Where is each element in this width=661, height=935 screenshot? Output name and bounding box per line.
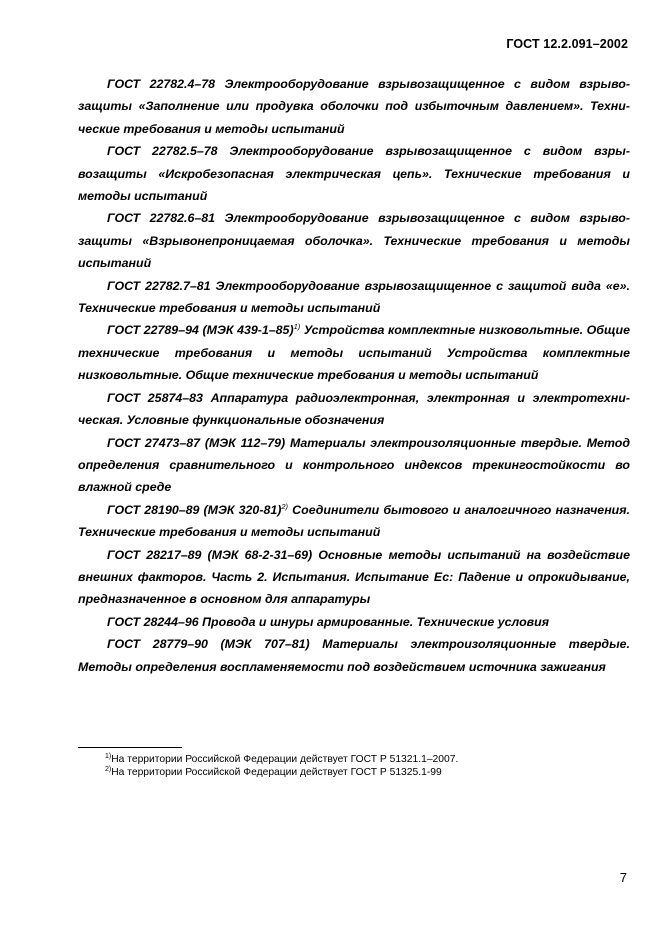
reference-item: ГОСТ 25874–83 Аппаратура радиоэлектронна… <box>78 387 630 432</box>
reference-code: ГОСТ 28779–90 (МЭК 707–81) <box>107 637 310 651</box>
reference-item: ГОСТ 28217–89 (МЭК 68-2-31–69) Основные … <box>78 544 630 611</box>
reference-code: ГОСТ 22782.6–81 <box>107 211 215 225</box>
reference-item: ГОСТ 22782.4–78 Электрооборудование взры… <box>78 73 630 140</box>
reference-code: ГОСТ 28190–89 (МЭК 320-81) <box>107 503 281 517</box>
footnote-separator <box>78 747 182 748</box>
footnote-item: 1)На территории Российской Федерации дей… <box>105 753 458 766</box>
reference-item: ГОСТ 22782.6–81 Электрооборудование взры… <box>78 207 630 274</box>
reference-code: ГОСТ 28217–89 (МЭК 68-2-31–69) <box>107 548 312 562</box>
reference-item: ГОСТ 22789–94 (МЭК 439-1–85)1) Устройств… <box>78 319 630 386</box>
reference-code: ГОСТ 27473–87 (МЭК 112–79) <box>107 436 285 450</box>
reference-item: ГОСТ 28779–90 (МЭК 707–81) Материалы эле… <box>78 633 630 678</box>
footnote-item: 2)На территории Российской Федерации дей… <box>105 766 458 779</box>
reference-item: ГОСТ 22782.7–81 Электрооборудование взры… <box>78 275 630 320</box>
reference-code: ГОСТ 22782.7–81 <box>107 279 211 293</box>
reference-code: ГОСТ 25874–83 <box>107 391 203 405</box>
footnote-text: На территории Российской Федерации дейст… <box>111 767 441 778</box>
footnotes: 1)На территории Российской Федерации дей… <box>105 753 458 779</box>
reference-item: ГОСТ 28190–89 (МЭК 320-81)2) Соединители… <box>78 499 630 544</box>
reference-item: ГОСТ 27473–87 (МЭК 112–79) Материалы эле… <box>78 432 630 499</box>
reference-title: Провода и шнуры армированные. Технически… <box>199 615 549 629</box>
reference-code: ГОСТ 22782.4–78 <box>107 77 215 91</box>
footnote-text: На территории Российской Федерации дейст… <box>111 754 458 765</box>
reference-code: ГОСТ 22782.5–78 <box>107 144 218 158</box>
reference-code: ГОСТ 28244–96 <box>107 615 199 629</box>
document-code-header: ГОСТ 12.2.091–2002 <box>506 37 628 51</box>
reference-code: ГОСТ 22789–94 (МЭК 439-1–85) <box>107 323 294 337</box>
reference-item: ГОСТ 22782.5–78 Электрооборудование взры… <box>78 140 630 207</box>
page-number: 7 <box>620 870 627 885</box>
reference-item: ГОСТ 28244–96 Провода и шнуры армированн… <box>78 611 630 633</box>
normative-references-list: ГОСТ 22782.4–78 Электрооборудование взры… <box>78 73 630 678</box>
